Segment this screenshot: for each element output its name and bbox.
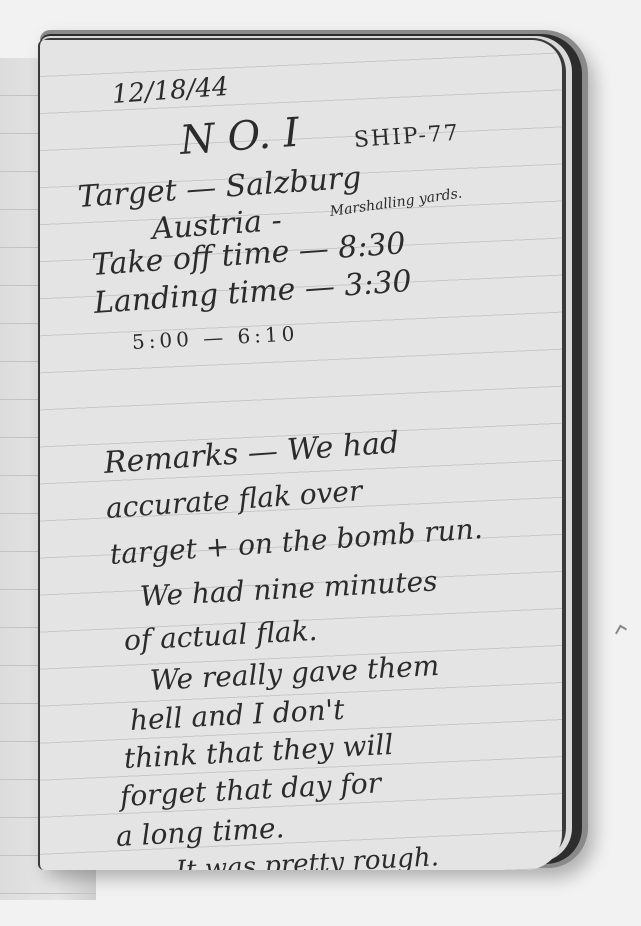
remarks-line: hell and I don't [129, 693, 345, 737]
remarks-line: accurate flak over [105, 474, 363, 525]
duration-note: 5:00 — 6:10 [131, 321, 299, 354]
ship-number: SHIP-77 [353, 121, 460, 153]
entry-date: 12/18/44 [111, 72, 230, 110]
remarks-line: We really gave them [149, 649, 440, 697]
notebook-photo: 12/18/44 N O. I SHIP-77 Target — Salzbur… [0, 0, 641, 926]
remarks-line: a long time. [115, 811, 285, 853]
remarks-line: of actual flak. [123, 614, 318, 657]
remarks-line: We had nine minutes [139, 564, 438, 613]
mission-number: N O. I [178, 110, 300, 164]
stray-pen-mark [615, 625, 627, 638]
remarks-line: Remarks — We had [103, 425, 400, 481]
remarks-line: forget that day for [119, 766, 382, 813]
notebook-page: 12/18/44 N O. I SHIP-77 Target — Salzbur… [38, 40, 562, 870]
